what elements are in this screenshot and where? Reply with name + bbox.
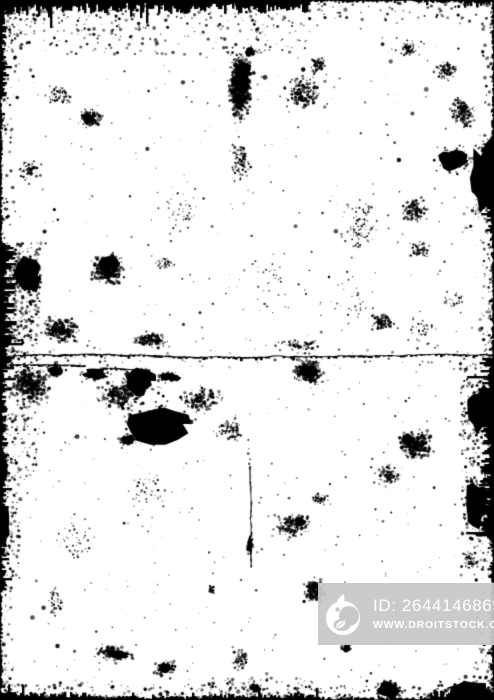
droitstock-rabbit-logo-icon [323,593,363,637]
watermark-text-block: ID: 2644146865 WWW.DROITSTOCK.COM [373,596,494,632]
watermark-overlay: ID: 2644146865 WWW.DROITSTOCK.COM [318,583,494,645]
watermark-id-text: ID: 2644146865 [373,596,494,616]
grunge-texture-image: ID: 2644146865 WWW.DROITSTOCK.COM [0,0,494,700]
watermark-site-text: WWW.DROITSTOCK.COM [373,619,494,632]
